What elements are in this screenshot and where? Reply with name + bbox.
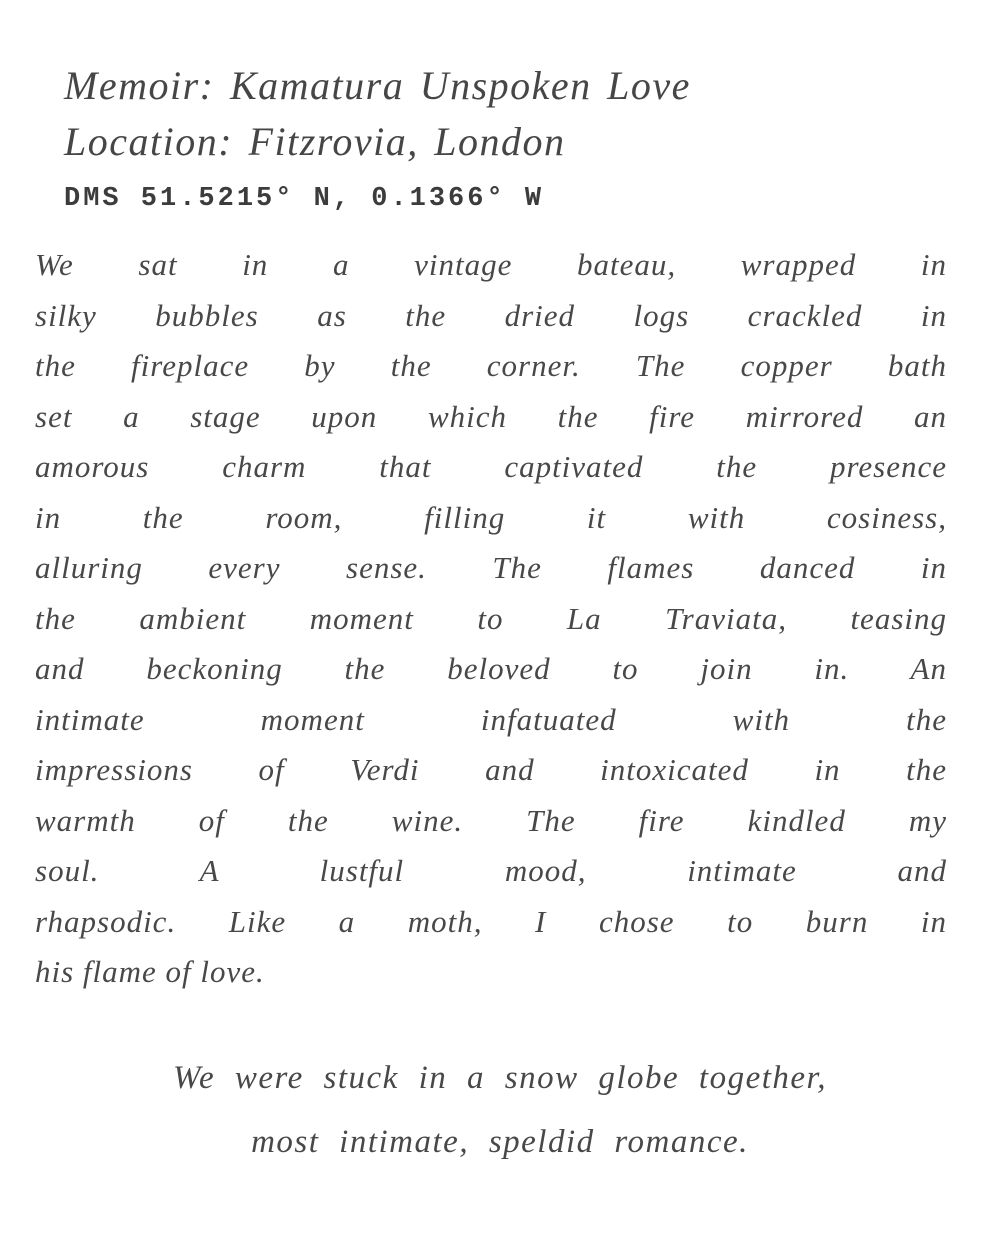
memoir-title: Memoir: Kamatura Unspoken Love xyxy=(64,58,944,114)
closing-couplet: We were stuck in a snow globe together, … xyxy=(0,1046,1000,1174)
body-line-13: soul. A lustful mood, intimate and xyxy=(35,846,947,897)
body-line-1: We sat in a vintage bateau, wrapped in xyxy=(35,240,947,291)
body-line-7: alluring every sense. The flames danced … xyxy=(35,543,947,594)
closing-line-1: We were stuck in a snow globe together, xyxy=(0,1046,1000,1110)
body-line-5: amorous charm that captivated the presen… xyxy=(35,442,947,493)
body-line-15: his flame of love. xyxy=(35,947,947,998)
memoir-header: Memoir: Kamatura Unspoken Love Location:… xyxy=(64,58,944,214)
body-line-3: the fireplace by the corner. The copper … xyxy=(35,341,947,392)
body-line-6: in the room, filling it with cosiness, xyxy=(35,493,947,544)
memoir-location: Location: Fitzrovia, London xyxy=(64,114,944,170)
body-line-14: rhapsodic. Like a moth, I chose to burn … xyxy=(35,897,947,948)
closing-line-2: most intimate, speldid romance. xyxy=(0,1110,1000,1174)
body-line-11: impressions of Verdi and intoxicated in … xyxy=(35,745,947,796)
body-line-12: warmth of the wine. The fire kindled my xyxy=(35,796,947,847)
dms-coordinates: DMS 51.5215° N, 0.1366° W xyxy=(64,184,944,214)
body-line-2: silky bubbles as the dried logs crackled… xyxy=(35,291,947,342)
body-line-10: intimate moment infatuated with the xyxy=(35,695,947,746)
body-line-9: and beckoning the beloved to join in. An xyxy=(35,644,947,695)
memoir-body-paragraph: We sat in a vintage bateau, wrapped in s… xyxy=(35,240,947,998)
memoir-page: Memoir: Kamatura Unspoken Love Location:… xyxy=(0,0,1000,1250)
body-line-4: set a stage upon which the fire mirrored… xyxy=(35,392,947,443)
body-line-8: the ambient moment to La Traviata, teasi… xyxy=(35,594,947,645)
